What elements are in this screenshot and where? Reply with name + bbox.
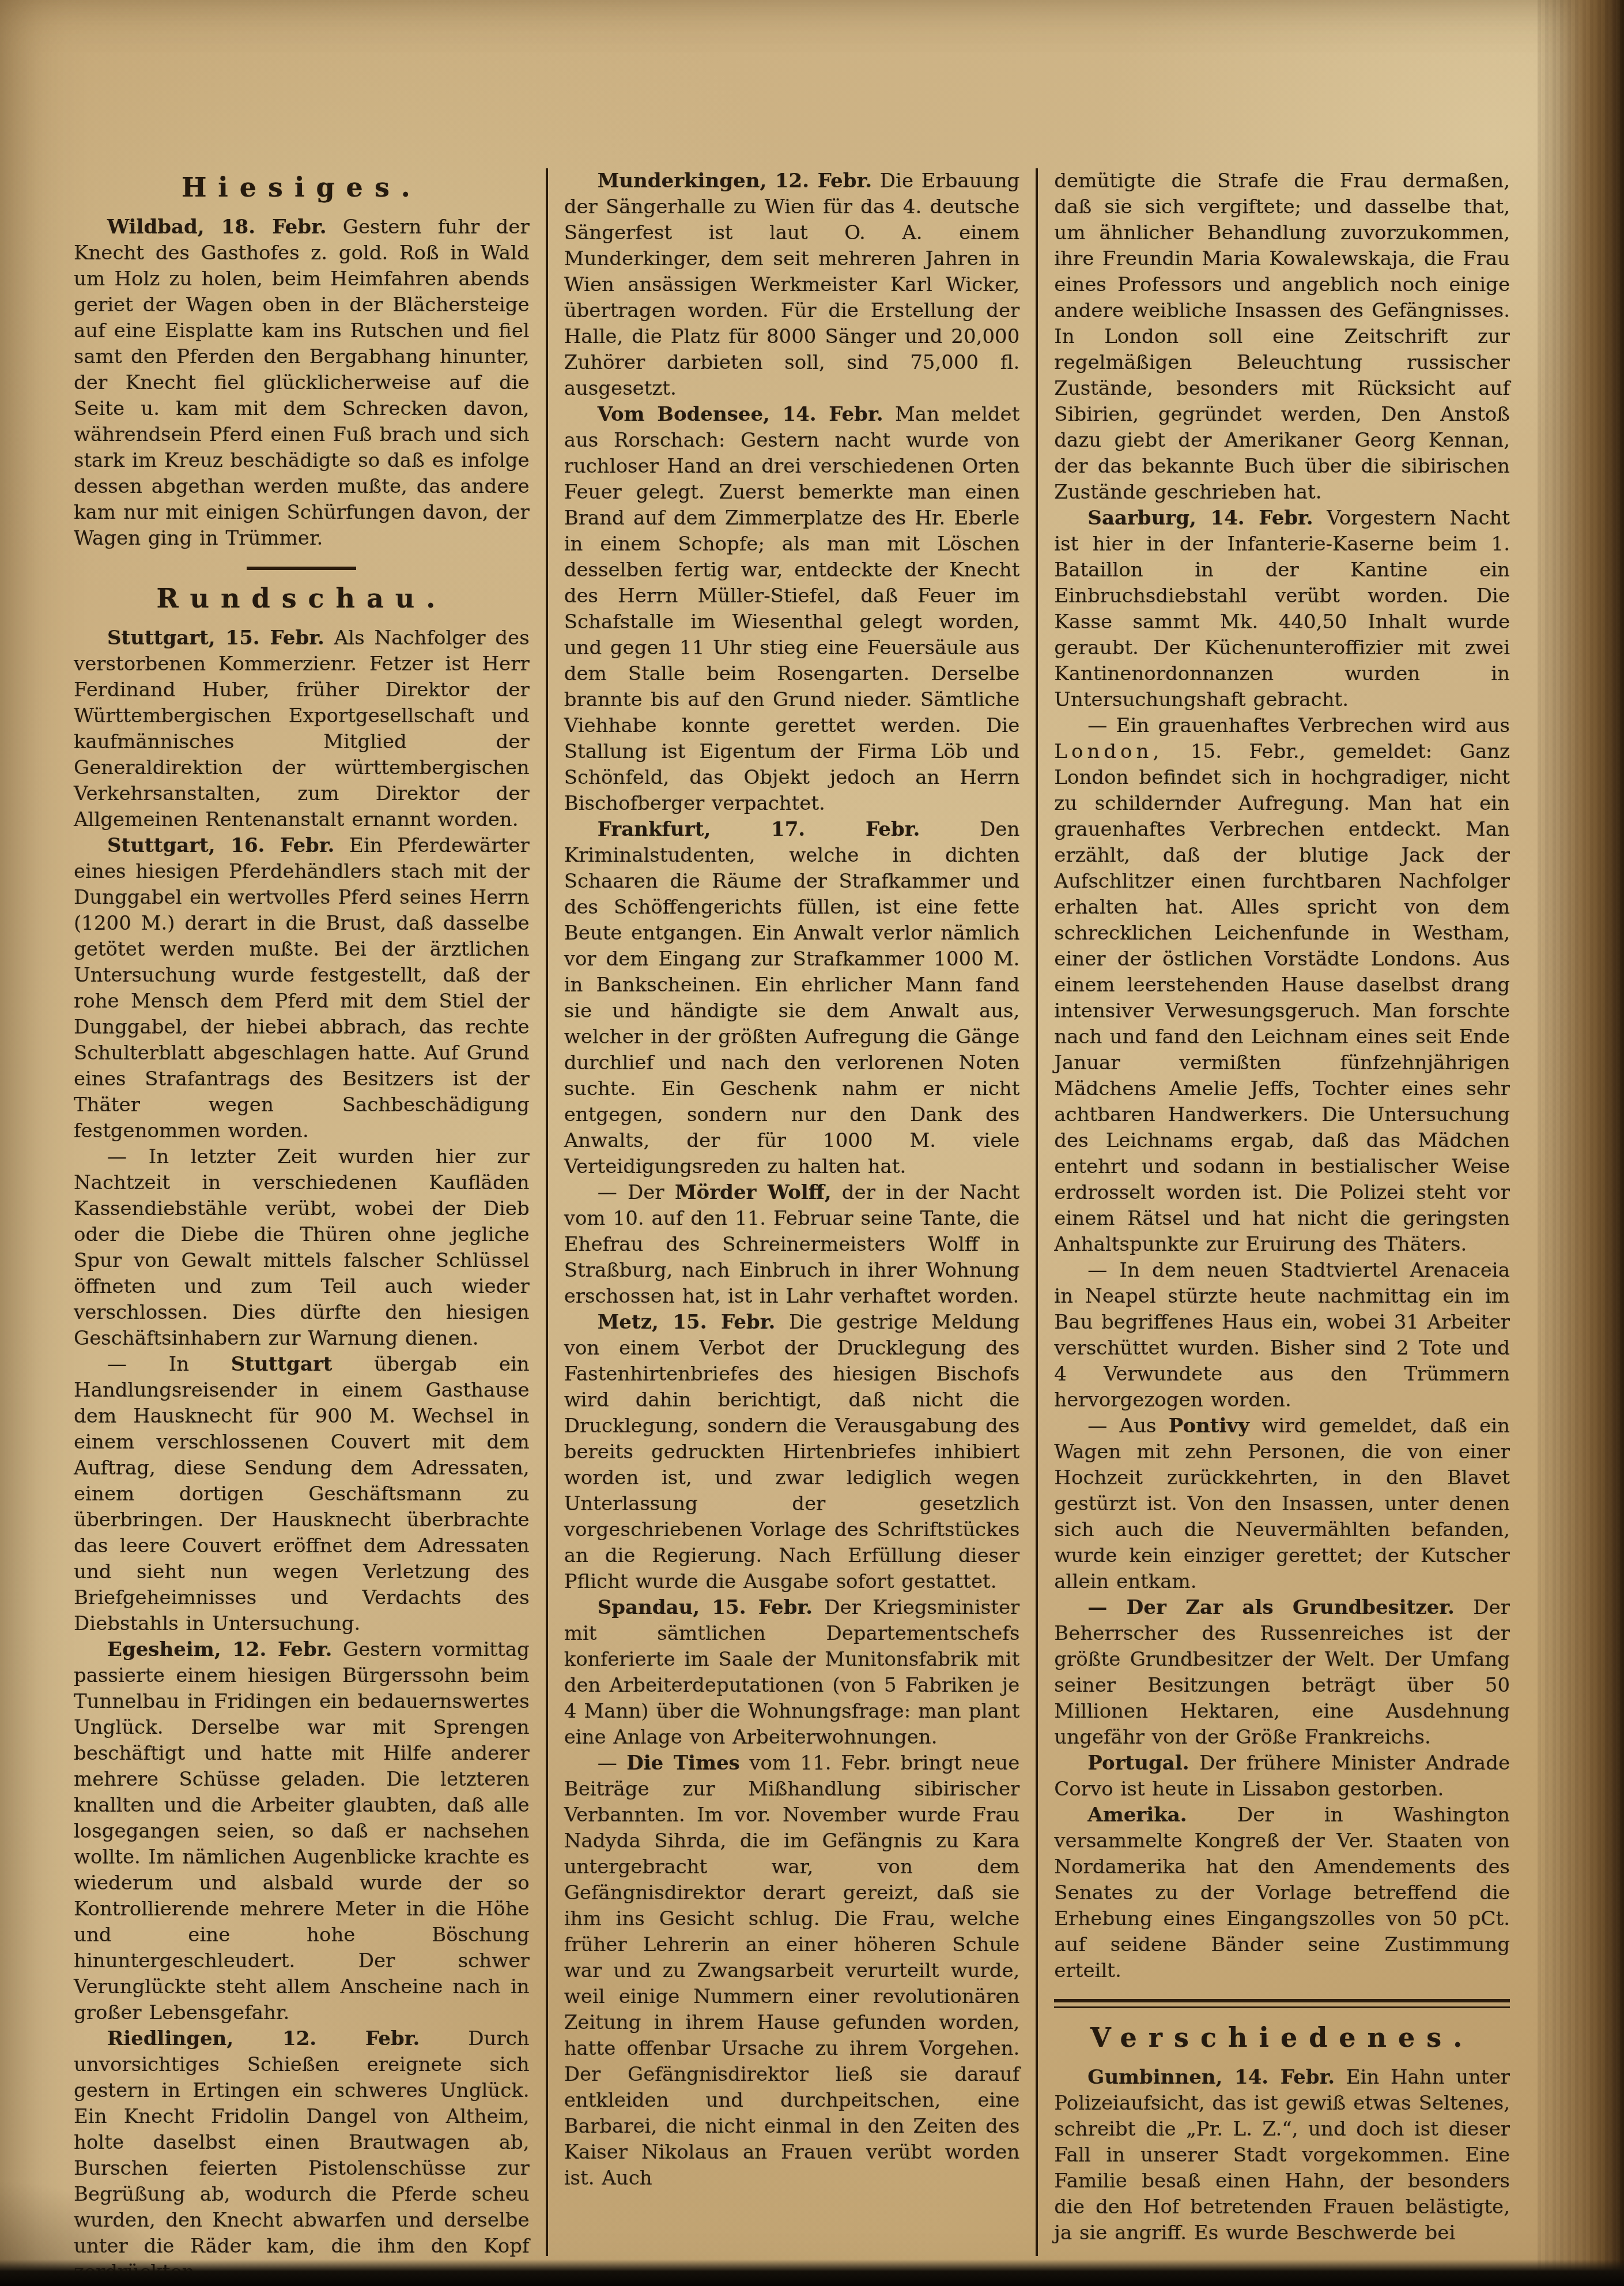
text-segment: Saarburg, 14. Febr. xyxy=(1087,507,1313,530)
article-paragraph: — In Stuttgart übergab ein Handlungsreis… xyxy=(74,1352,530,1637)
text-segment: vom 11. Febr. bringt neue Beiträge zur M… xyxy=(564,1752,1020,2190)
text-segment: Stuttgart, 16. Febr. xyxy=(107,834,334,857)
article-paragraph: Metz, 15. Febr. Die gestrige Meldung von… xyxy=(564,1310,1020,1595)
text-segment: Portugal. xyxy=(1087,1752,1189,1775)
text-segment: Die gestrige Meldung von einem Verbot de… xyxy=(564,1311,1020,1593)
text-segment: Man meldet aus Rorschach: Gestern nacht … xyxy=(564,403,1020,815)
section-divider xyxy=(247,567,356,570)
article-paragraph: — Ein grauenhaftes Verbrechen wird aus L… xyxy=(1054,713,1510,1258)
text-segment: Vom Bodensee, 14. Febr. xyxy=(598,403,883,426)
section-header: Verschiedenes. xyxy=(1054,2022,1510,2053)
article-paragraph: Saarburg, 14. Febr. Vorgestern Nacht ist… xyxy=(1054,506,1510,713)
article-paragraph: — Die Times vom 11. Febr. bringt neue Be… xyxy=(564,1751,1020,2191)
text-segment: Gestern fuhr der Knecht des Gasthofes z.… xyxy=(74,216,530,550)
text-segment: London, xyxy=(1054,740,1163,763)
text-segment: demütigte die Strafe die Frau dermaßen, … xyxy=(1054,169,1510,504)
article-paragraph: Egesheim, 12. Febr. Gestern vormittag pa… xyxy=(74,1637,530,2026)
text-segment: — Der Zar als Grundbesitzer. xyxy=(1087,1596,1455,1619)
text-segment: — In xyxy=(107,1353,231,1376)
text-segment: Mörder Wolff, xyxy=(675,1181,832,1204)
article-paragraph: — Der Zar als Grundbesitzer. Der Beherrs… xyxy=(1054,1595,1510,1751)
column-1: Hiesiges.Wildbad, 18. Febr. Gestern fuhr… xyxy=(74,168,548,2256)
article-paragraph: — Aus Pontivy wird gemeldet, daß ein Wag… xyxy=(1054,1413,1510,1595)
column-3: demütigte die Strafe die Frau dermaßen, … xyxy=(1038,168,1526,2256)
text-segment: Egesheim, 12. Febr. xyxy=(107,1638,332,1661)
text-segment: übergab ein Handlungsreisender in einem … xyxy=(74,1353,530,1635)
text-segment: — Ein grauenhaftes Verbrechen wird aus xyxy=(1087,714,1510,737)
text-segment: Metz, 15. Febr. xyxy=(598,1311,776,1334)
text-segment: Stuttgart xyxy=(231,1353,333,1376)
text-segment: Den Kriminalstudenten, welche in dichten… xyxy=(564,818,1020,1178)
article-paragraph: Spandau, 15. Febr. Der Kriegsminister mi… xyxy=(564,1595,1020,1751)
text-segment: Der in Washington versammelte Kongreß de… xyxy=(1054,1804,1510,1982)
newspaper-page: Hiesiges.Wildbad, 18. Febr. Gestern fuhr… xyxy=(0,0,1624,2286)
article-paragraph: — Der Mörder Wolff, der in der Nacht vom… xyxy=(564,1180,1020,1310)
section-divider-double xyxy=(1054,1999,1510,2008)
article-paragraph: demütigte die Strafe die Frau dermaßen, … xyxy=(1054,168,1510,506)
text-segment: 15. Febr., gemeldet: Ganz London befinde… xyxy=(1054,740,1510,1256)
text-segment: Gestern vormittag passierte einem hiesig… xyxy=(74,1638,530,2024)
article-paragraph: Frankfurt, 17. Febr. Den Kriminalstudent… xyxy=(564,817,1020,1180)
text-segment: Riedlingen, 12. Febr. xyxy=(107,2027,420,2050)
text-segment: wird gemeldet, daß ein Wagen mit zehn Pe… xyxy=(1054,1414,1510,1593)
text-segment: — In letzter Zeit wurden hier zur Nachtz… xyxy=(74,1145,530,1350)
book-edge xyxy=(1538,0,1624,2286)
text-segment: — xyxy=(598,1752,627,1775)
text-segment: Als Nachfolger des verstorbenen Kommerzi… xyxy=(74,627,530,831)
text-segment: Die Erbauung der Sängerhalle zu Wien für… xyxy=(564,169,1020,400)
text-segment: — Aus xyxy=(1087,1414,1168,1438)
article-paragraph: Stuttgart, 15. Febr. Als Nachfolger des … xyxy=(74,625,530,833)
text-segment: Wildbad, 18. Febr. xyxy=(107,216,327,239)
article-paragraph: — In letzter Zeit wurden hier zur Nachtz… xyxy=(74,1144,530,1352)
text-segment: — Der xyxy=(598,1181,675,1204)
text-segment: Stuttgart, 15. Febr. xyxy=(107,627,324,650)
article-paragraph: Munderkingen, 12. Febr. Die Erbauung der… xyxy=(564,168,1020,402)
columns: Hiesiges.Wildbad, 18. Febr. Gestern fuhr… xyxy=(74,168,1526,2256)
article-paragraph: Wildbad, 18. Febr. Gestern fuhr der Knec… xyxy=(74,214,530,552)
article-paragraph: Gumbinnen, 14. Febr. Ein Hahn unter Poli… xyxy=(1054,2065,1510,2246)
text-segment: Vorgestern Nacht ist hier in der Infante… xyxy=(1054,507,1510,711)
text-segment: Ein Pferdewärter eines hiesigen Pferdehä… xyxy=(74,834,530,1142)
section-header: Rundschau. xyxy=(74,583,530,614)
text-segment: Spandau, 15. Febr. xyxy=(598,1596,813,1619)
article-paragraph: Stuttgart, 16. Febr. Ein Pferdewärter ei… xyxy=(74,833,530,1144)
article-paragraph: Vom Bodensee, 14. Febr. Man meldet aus R… xyxy=(564,402,1020,817)
page-bottom-edge xyxy=(0,2259,1624,2286)
article-paragraph: Amerika. Der in Washington versammelte K… xyxy=(1054,1802,1510,1984)
text-segment: Pontivy xyxy=(1169,1414,1249,1438)
text-segment: Frankfurt, 17. Febr. xyxy=(598,818,920,841)
article-paragraph: — In dem neuen Stadtviertel Arenaceia in… xyxy=(1054,1258,1510,1413)
article-paragraph: Portugal. Der frühere Minister Andrade C… xyxy=(1054,1751,1510,1802)
text-segment: Ein Hahn unter Polizeiaufsicht, das ist … xyxy=(1054,2066,1510,2244)
section-header: Hiesiges. xyxy=(74,172,530,203)
text-segment: Gumbinnen, 14. Febr. xyxy=(1087,2066,1335,2089)
text-segment: Munderkingen, 12. Febr. xyxy=(598,169,872,193)
text-segment: Die Times xyxy=(626,1752,740,1775)
text-segment: Amerika. xyxy=(1087,1804,1187,1827)
column-2: Munderkingen, 12. Febr. Die Erbauung der… xyxy=(548,168,1038,2256)
text-segment: — In dem neuen Stadtviertel Arenaceia in… xyxy=(1054,1259,1510,1412)
